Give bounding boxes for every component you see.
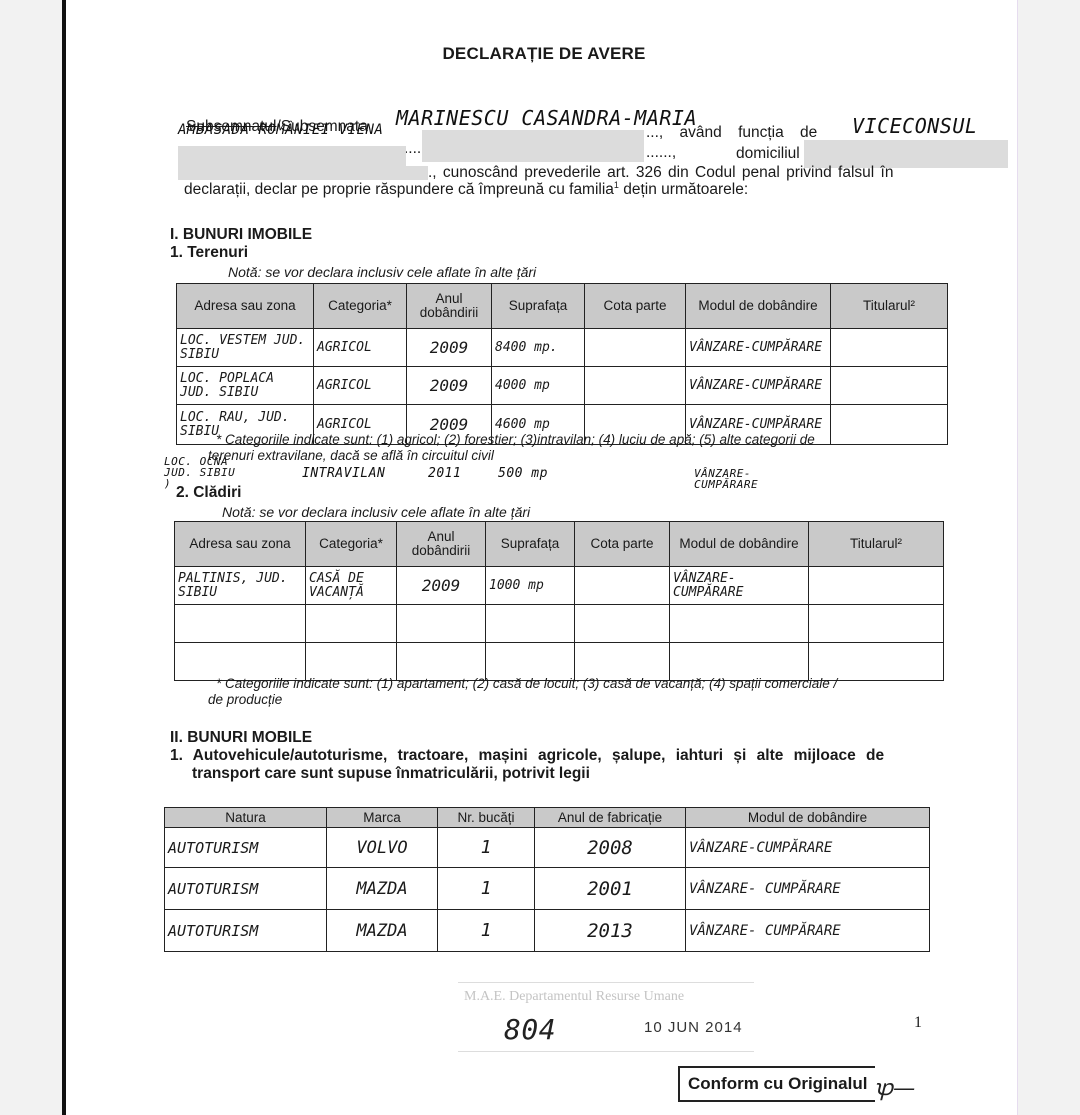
table-row: LOC. VESTEM JUD. SIBIU AGRICOL 2009 8400… (177, 329, 948, 367)
registration-stamp: M.A.E. Departamentul Resurse Umane 804 1… (458, 982, 754, 1052)
cell-titular (809, 643, 944, 681)
dots-2: ......, (646, 144, 676, 162)
cell-cota (585, 329, 686, 367)
domiciliul-label: domiciliul (736, 145, 800, 163)
cell-modul: VÂNZARE-CUMPĂRARE (686, 329, 831, 367)
cell-natura: AUTOTURISM (165, 910, 327, 952)
cell-categoria: AGRICOL (314, 367, 407, 405)
cell-categoria (306, 643, 397, 681)
cladiri-footnote-1: * Categoriile indicate sunt: (1) apartam… (216, 676, 837, 691)
cell-categoria (306, 605, 397, 643)
section-2-subheading-1: 1. Autovehicule/autoturisme, tractoare, … (170, 747, 884, 765)
cell-marca: MAZDA (327, 868, 438, 910)
cell-nr: 1 (438, 868, 535, 910)
cell-modul (670, 643, 809, 681)
signature-mark: ꝕ— (874, 1072, 915, 1102)
terenuri-footnote-1: * Categoriile indicate sunt: (1) agricol… (216, 432, 815, 447)
cell-cota (575, 605, 670, 643)
cell-modul (670, 605, 809, 643)
col-cota: Cota parte (575, 522, 670, 567)
avand-functia-label: ..., având funcția de (646, 124, 817, 142)
cell-cota (575, 567, 670, 605)
cell-anul: 2009 (397, 567, 486, 605)
cladiri-footnote-2: de producție (208, 692, 282, 707)
dots-1: .... (404, 140, 421, 158)
table-row: LOC. POPLACA JUD. SIBIU AGRICOL 2009 400… (177, 367, 948, 405)
redacted-block-1 (422, 130, 644, 162)
cell-adresa: LOC. VESTEM JUD. SIBIU (177, 329, 314, 367)
cell-anul (397, 643, 486, 681)
document-title: DECLARAȚIE DE AVERE (66, 44, 1022, 64)
cell-titular (831, 329, 948, 367)
cladiri-table: Adresa sau zona Categoria* Anul dobândir… (174, 521, 944, 681)
functia-handwritten: VICECONSUL (852, 114, 977, 138)
vehicule-table: Natura Marca Nr. bucăți Anul de fabricaț… (164, 807, 930, 952)
cell-titular (809, 605, 944, 643)
cell-nr: 1 (438, 910, 535, 952)
extra-row-modul: VÂNZARE-CUMPĂRARE (694, 468, 804, 490)
cell-cota (585, 367, 686, 405)
terenuri-note: Notă: se vor declara inclusiv cele aflat… (228, 264, 536, 280)
cell-suprafata (486, 643, 575, 681)
col-anul: Anul dobândirii (397, 522, 486, 567)
stamp-number: 804 (504, 1013, 556, 1046)
col-anul: Anul dobândirii (407, 284, 492, 329)
cell-adresa: LOC. POPLACA JUD. SIBIU (177, 367, 314, 405)
cell-modul: VÂNZARE-CUMPĂRARE (686, 367, 831, 405)
col-titular: Titularul² (809, 522, 944, 567)
terenuri-heading: 1. Terenuri (170, 244, 248, 262)
col-cota: Cota parte (585, 284, 686, 329)
stamp-header: M.A.E. Departamentul Resurse Umane (464, 989, 684, 1005)
cell-natura: AUTOTURISM (165, 828, 327, 868)
cell-anul (397, 605, 486, 643)
cell-anul: 2009 (407, 367, 492, 405)
redacted-block-4 (178, 166, 428, 180)
cell-titular (831, 367, 948, 405)
cell-anul: 2008 (535, 828, 686, 868)
page-number: 1 (914, 1014, 922, 1032)
cell-adresa: PALTINIS, JUD. SIBIU (175, 567, 306, 605)
section-1-heading: I. BUNURI IMOBILE (170, 226, 312, 244)
cell-marca: VOLVO (327, 828, 438, 868)
cell-nr: 1 (438, 828, 535, 868)
col-adresa: Adresa sau zona (175, 522, 306, 567)
col-modul: Modul de dobândire (686, 284, 831, 329)
cell-modul: VÂNZARE-CUMPĂRARE (670, 567, 809, 605)
institution-handwritten: AMBASADA ROMÂNIEI VIENA (178, 122, 383, 138)
redacted-block-2 (178, 146, 406, 168)
cell-categoria: CASĂ DE VACANȚĂ (306, 567, 397, 605)
terenuri-table: Adresa sau zona Categoria* Anul dobândir… (176, 283, 948, 445)
cell-marca: MAZDA (327, 910, 438, 952)
col-adresa: Adresa sau zona (177, 284, 314, 329)
cell-modul: VÂNZARE- CUMPĂRARE (686, 868, 930, 910)
extra-row-categoria: INTRAVILAN (302, 466, 385, 481)
section-2-heading: II. BUNURI MOBILE (170, 729, 312, 747)
cell-anul: 2009 (407, 329, 492, 367)
cell-modul: VÂNZARE- CUMPĂRARE (686, 910, 930, 952)
col-categoria: Categoria* (314, 284, 407, 329)
cell-natura: AUTOTURISM (165, 868, 327, 910)
terenuri-footnote-2: terenuri extravilane, dacă se află în ci… (208, 448, 494, 463)
col-modul: Modul de dobândire (670, 522, 809, 567)
cell-suprafata: 4000 mp (492, 367, 585, 405)
col-nr: Nr. bucăți (438, 808, 535, 828)
table-row (175, 643, 944, 681)
col-natura: Natura (165, 808, 327, 828)
conform-stamp: Conform cu Originalul (678, 1066, 875, 1102)
cell-cota (575, 643, 670, 681)
col-modul: Modul de dobândire (686, 808, 930, 828)
intro-line-4-tail: dețin următoarele: (619, 181, 748, 198)
table-row: PALTINIS, JUD. SIBIU CASĂ DE VACANȚĂ 200… (175, 567, 944, 605)
cell-adresa (175, 643, 306, 681)
col-titular: Titularul² (831, 284, 948, 329)
table-row: AUTOTURISM MAZDA 1 2001 VÂNZARE- CUMPĂRA… (165, 868, 930, 910)
cell-titular (809, 567, 944, 605)
col-suprafata: Suprafața (492, 284, 585, 329)
cell-categoria: AGRICOL (314, 329, 407, 367)
col-marca: Marca (327, 808, 438, 828)
cladiri-heading: 2. Clădiri (176, 484, 241, 502)
cladiri-note: Notă: se vor declara inclusiv cele aflat… (222, 504, 530, 520)
stamp-date: 10 JUN 2014 (644, 1019, 743, 1036)
cell-anul: 2013 (535, 910, 686, 952)
cell-titular (831, 405, 948, 445)
table-row: AUTOTURISM VOLVO 1 2008 VÂNZARE-CUMPĂRAR… (165, 828, 930, 868)
cell-suprafata: 1000 mp (486, 567, 575, 605)
cell-anul: 2001 (535, 868, 686, 910)
intro-line-4: declarații, declar pe proprie răspundere… (184, 180, 748, 199)
col-anul-fabricatie: Anul de fabricație (535, 808, 686, 828)
section-2-subheading-2: transport care sunt supuse înmatriculări… (192, 765, 590, 783)
cell-suprafata: 8400 mp. (492, 329, 585, 367)
intro-line-4-text: declarații, declar pe proprie răspundere… (184, 181, 614, 198)
col-suprafata: Suprafața (486, 522, 575, 567)
col-categoria: Categoria* (306, 522, 397, 567)
table-row: AUTOTURISM MAZDA 1 2013 VÂNZARE- CUMPĂRA… (165, 910, 930, 952)
cell-modul: VÂNZARE-CUMPĂRARE (686, 828, 930, 868)
extra-row-suprafata: 500 mp (498, 466, 548, 481)
extra-row-anul: 2011 (428, 466, 461, 481)
document-page: DECLARAȚIE DE AVERE Subsemnatul/Subsemna… (62, 0, 1018, 1115)
cell-suprafata (486, 605, 575, 643)
table-row (175, 605, 944, 643)
cell-adresa (175, 605, 306, 643)
